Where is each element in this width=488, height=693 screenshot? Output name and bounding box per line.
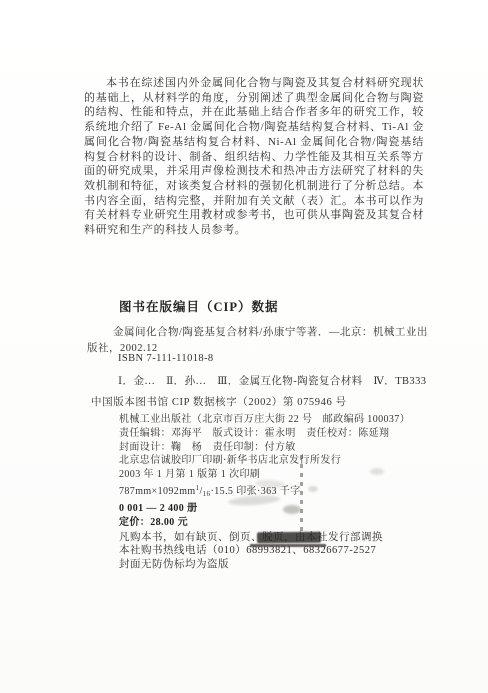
- cip-isbn: ISBN 7-111-11018-8: [118, 353, 214, 364]
- scanned-copyright-page: 本书在综述国内外金属间化合物与陶瓷及其复合材料研究现状的基础上，从材料学的角度，…: [0, 0, 488, 693]
- intro-paragraph: 本书在综述国内外金属间化合物与陶瓷及其复合材料研究现状的基础上，从材料学的角度，…: [84, 76, 424, 238]
- format-size: 787mm×1092mm: [119, 486, 196, 497]
- format-fraction-numerator: 1: [196, 484, 200, 492]
- ink-smudge: [257, 532, 321, 544]
- anti-piracy-line: 封面无防伪标均为盗版: [119, 558, 449, 571]
- printer-line: 北京忠信诚胶印厂印刷·新华书店北京发行所发行: [119, 454, 449, 468]
- cip-classification: Ⅰ．金… Ⅱ．孙… Ⅲ．金属互化物-陶瓷复合材料 Ⅳ．TB333: [118, 373, 426, 388]
- ink-underline-mark: [250, 544, 326, 547]
- editors-line: 责任编辑：邓海平 版式设计：霍永明 责任校对：陈延翔: [119, 427, 449, 441]
- pencil-smudge: [308, 486, 318, 492]
- edition-line: 2003 年 1 月第 1 版第 1 次印刷: [119, 468, 449, 482]
- cip-heading: 图书在版编目（CIP）数据: [119, 297, 279, 315]
- cip-record-number: 中国版本图书馆 CIP 数据核字（2002）第 075946 号: [91, 394, 347, 409]
- publisher-line: 机械工业出版社（北京市百万庄大街 22 号 邮政编码 100037）: [119, 413, 449, 427]
- scan-streak-mark: [300, 455, 303, 535]
- price-line: 定价：28.00 元: [119, 516, 449, 530]
- designers-line: 封面设计：鞠 杨 责任印制：付方敏: [119, 441, 449, 455]
- pencil-smudge: [370, 468, 384, 475]
- pencil-smudge: [283, 505, 301, 514]
